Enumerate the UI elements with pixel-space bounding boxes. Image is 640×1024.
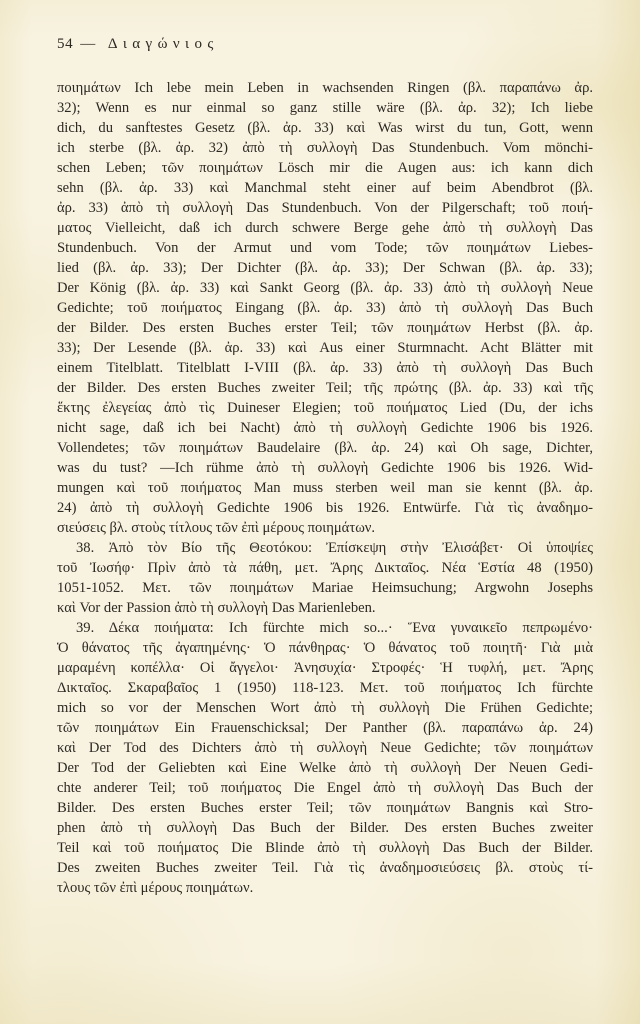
paragraph: 38. Ἀπὸ τὸν Βίο τῆς Θεοτόκου: Ἐπίσκεψη σ… — [57, 538, 593, 618]
text-line: καὶ Vor der Passion ἀπὸ τὴ συλλογὴ Das M… — [57, 598, 593, 618]
paragraph: ποιημάτων Ich lebe mein Leben in wachsen… — [57, 78, 593, 538]
text-line: καὶ Der Tod des Dichters ἀπὸ τὴ συλλογὴ … — [57, 738, 593, 758]
scanned-page: 54—Διαγώνιος ποιημάτων Ich lebe mein Leb… — [0, 0, 640, 1024]
text-line: Δικταῖος. Σκαραβαῖος 1 (1950) 118-123. Μ… — [57, 678, 593, 698]
text-line: Bilder. Des ersten Buches erster Teil; τ… — [57, 798, 593, 818]
text-line: τλους τῶν ἐπὶ μέρους ποιημάτων. — [57, 878, 593, 898]
text-line: Ὁ θάνατος τῆς ἀγαπημένης· Ὁ πάνθηρας· Ὁ … — [57, 638, 593, 658]
text-line: 33); Der Lesende (βλ. ἀρ. 33) καὶ Aus ei… — [57, 338, 593, 358]
text-line: 39. Δέκα ποιήματα: Ich fürchte mich so..… — [57, 618, 593, 638]
text-line: lied (βλ. ἀρ. 33); Der Dichter (βλ. ἀρ. … — [57, 258, 593, 278]
text-line: einem Titelblatt. Titelblatt I-VIII (βλ.… — [57, 358, 593, 378]
text-line: 32); Wenn es nur einmal so ganz stille w… — [57, 98, 593, 118]
text-line: ich sterbe (βλ. ἀρ. 32) ἀπὸ τὴ συλλογὴ D… — [57, 138, 593, 158]
text-line: mungen καὶ τοῦ ποιήματος Man muss sterbe… — [57, 478, 593, 498]
text-line: ἕκτης ἐλεγείας ἀπὸ τὶς Duineser Elegien;… — [57, 398, 593, 418]
text-line: Der Tod der Geliebten καὶ Eine Welke ἀπὸ… — [57, 758, 593, 778]
text-line: was du tust? —Ich rühme ἀπὸ τὴ συλλογὴ G… — [57, 458, 593, 478]
header-dash: — — [80, 36, 96, 52]
text-line: chte anderer Teil; τοῦ ποιήματος Die Eng… — [57, 778, 593, 798]
text-line: Gedichte; τοῦ ποιήματος Eingang (βλ. ἀρ.… — [57, 298, 593, 318]
text-line: σιεύσεις βλ. στοὺς τίτλους τῶν ἐπὶ μέρου… — [57, 518, 593, 538]
text-line: sehn (βλ. ἀρ. 33) καὶ Manchmal steht ein… — [57, 178, 593, 198]
text-line: der Bilder. Des ersten Buches erster Tei… — [57, 318, 593, 338]
text-line: 38. Ἀπὸ τὸν Βίο τῆς Θεοτόκου: Ἐπίσκεψη σ… — [57, 538, 593, 558]
text-line: τῶν ποιημάτων Ein Frauenschicksal; Der P… — [57, 718, 593, 738]
text-line: ἀρ. 33) ἀπὸ τὴ συλλογὴ Das Stundenbuch. … — [57, 198, 593, 218]
text-line: mich so vor der Menschen Wort ἀπὸ τὴ συλ… — [57, 698, 593, 718]
text-block: ποιημάτων Ich lebe mein Leben in wachsen… — [57, 78, 593, 898]
text-line: τοῦ Ἰωσήφ· Πρὶν ἀπὸ τὰ πάθη, μετ. Ἄρης Δ… — [57, 558, 593, 578]
paragraph: 39. Δέκα ποιήματα: Ich fürchte mich so..… — [57, 618, 593, 898]
text-line: μαραμένη κοπέλλα· Οἱ ἄγγελοι· Ἀνησυχία· … — [57, 658, 593, 678]
journal-title: Διαγώνιος — [108, 36, 219, 52]
text-line: ματος Vielleicht, daß ich durch schwere … — [57, 218, 593, 238]
text-line: dich, du sanftestes Gesetz (βλ. ἀρ. 33) … — [57, 118, 593, 138]
text-line: 1051-1052. Μετ. τῶν ποιημάτων Mariae Hei… — [57, 578, 593, 598]
text-line: Der König (βλ. ἀρ. 33) καὶ Sankt Georg (… — [57, 278, 593, 298]
text-line: phen ἀπὸ τὴ συλλογὴ Das Buch der Bilder.… — [57, 818, 593, 838]
text-line: Des zweiten Buches zweiter Teil. Γιὰ τὶς… — [57, 858, 593, 878]
page-number: 54 — [57, 36, 73, 52]
text-line: ποιημάτων Ich lebe mein Leben in wachsen… — [57, 78, 593, 98]
page-header: 54—Διαγώνιος — [57, 34, 219, 54]
text-line: der Bilder. Des ersten Buches zweiter Te… — [57, 378, 593, 398]
text-line: Teil καὶ τοῦ ποιήματος Die Blinde ἀπὸ τὴ… — [57, 838, 593, 858]
text-line: schen Leben; τῶν ποιημάτων Lösch mir die… — [57, 158, 593, 178]
text-line: Vollendetes; τῶν ποιημάτων Baudelaire (β… — [57, 438, 593, 458]
text-line: Stundenbuch. Von der Armut und vom Tode;… — [57, 238, 593, 258]
text-line: 24) ἀπὸ τὴ συλλογὴ Gedichte 1906 bis 192… — [57, 498, 593, 518]
text-line: nicht sage, daß ich bei Nacht) ἀπὸ τὴ συ… — [57, 418, 593, 438]
